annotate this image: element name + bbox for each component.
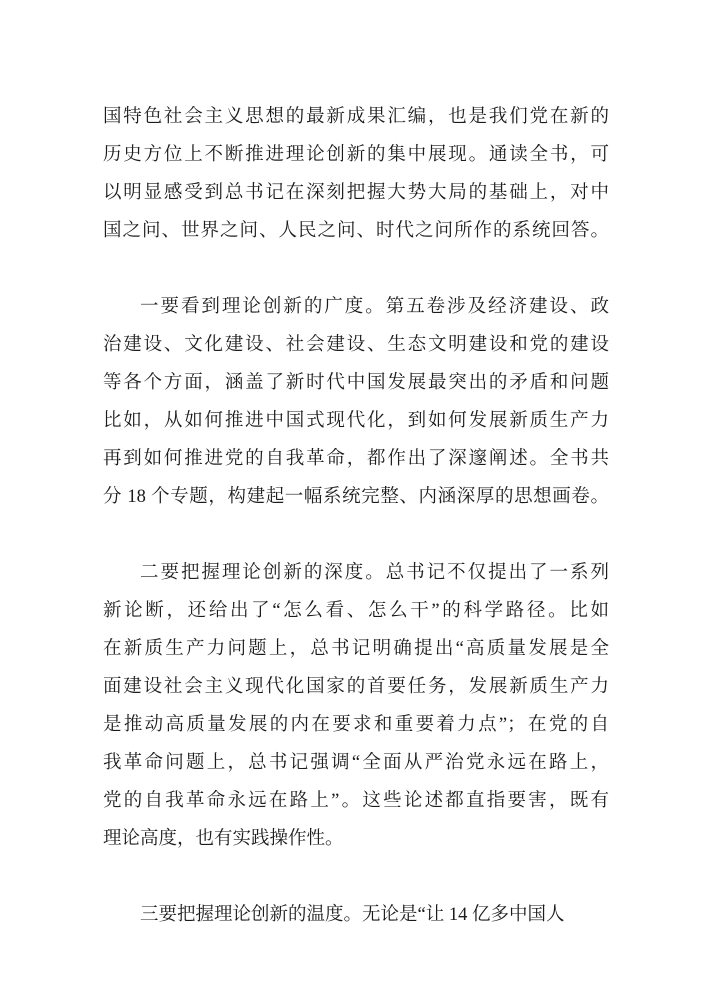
text-line: 国之问、世界之问、人民之问、时代之问所作的系统回答。 xyxy=(103,212,609,250)
text-line: 在新质生产力问题上，总书记明确提出“高质量发展是全 xyxy=(103,630,609,668)
text-line: 面建设社会主义现代化国家的首要任务，发展新质生产力 xyxy=(103,668,609,706)
text-line: 一要看到理论创新的广度。第五卷涉及经济建设、政 xyxy=(103,288,609,326)
text-line: 三要把握理论创新的温度。无论是“让 14 亿多中国人 xyxy=(103,896,609,934)
text-line: 党的自我革命永远在路上”。这些论述都直指要害，既有 xyxy=(103,782,609,820)
paragraph: 一要看到理论创新的广度。第五卷涉及经济建设、政治建设、文化建设、社会建设、生态文… xyxy=(103,288,609,516)
text-line: 等各个方面，涵盖了新时代中国发展最突出的矛盾和问题 xyxy=(103,364,609,402)
text-line: 理论高度，也有实践操作性。 xyxy=(103,820,609,858)
text-line: 二要把握理论创新的深度。总书记不仅提出了一系列 xyxy=(103,554,609,592)
text-line: 是推动高质量发展的内在要求和重要着力点”；在党的自 xyxy=(103,706,609,744)
document-body: 国特色社会主义思想的最新成果汇编，也是我们党在新的历史方位上不断推进理论创新的集… xyxy=(103,98,609,934)
text-line: 治建设、文化建设、社会建设、生态文明建设和党的建设 xyxy=(103,326,609,364)
text-line: 国特色社会主义思想的最新成果汇编，也是我们党在新的 xyxy=(103,98,609,136)
text-line: 分 18 个专题，构建起一幅系统完整、内涵深厚的思想画卷。 xyxy=(103,478,609,516)
text-line: 再到如何推进党的自我革命，都作出了深邃阐述。全书共 xyxy=(103,440,609,478)
text-line: 我革命问题上，总书记强调“全面从严治党永远在路上， xyxy=(103,744,609,782)
paragraph: 二要把握理论创新的深度。总书记不仅提出了一系列新论断，还给出了“怎么看、怎么干”… xyxy=(103,554,609,858)
paragraph: 三要把握理论创新的温度。无论是“让 14 亿多中国人 xyxy=(103,896,609,934)
paragraph: 国特色社会主义思想的最新成果汇编，也是我们党在新的历史方位上不断推进理论创新的集… xyxy=(103,98,609,250)
text-line: 以明显感受到总书记在深刻把握大势大局的基础上，对中 xyxy=(103,174,609,212)
text-line: 比如，从如何推进中国式现代化，到如何发展新质生产力 xyxy=(103,402,609,440)
document-page: 国特色社会主义思想的最新成果汇编，也是我们党在新的历史方位上不断推进理论创新的集… xyxy=(0,0,711,1006)
text-line: 历史方位上不断推进理论创新的集中展现。通读全书，可 xyxy=(103,136,609,174)
text-line: 新论断，还给出了“怎么看、怎么干”的科学路径。比如 xyxy=(103,592,609,630)
